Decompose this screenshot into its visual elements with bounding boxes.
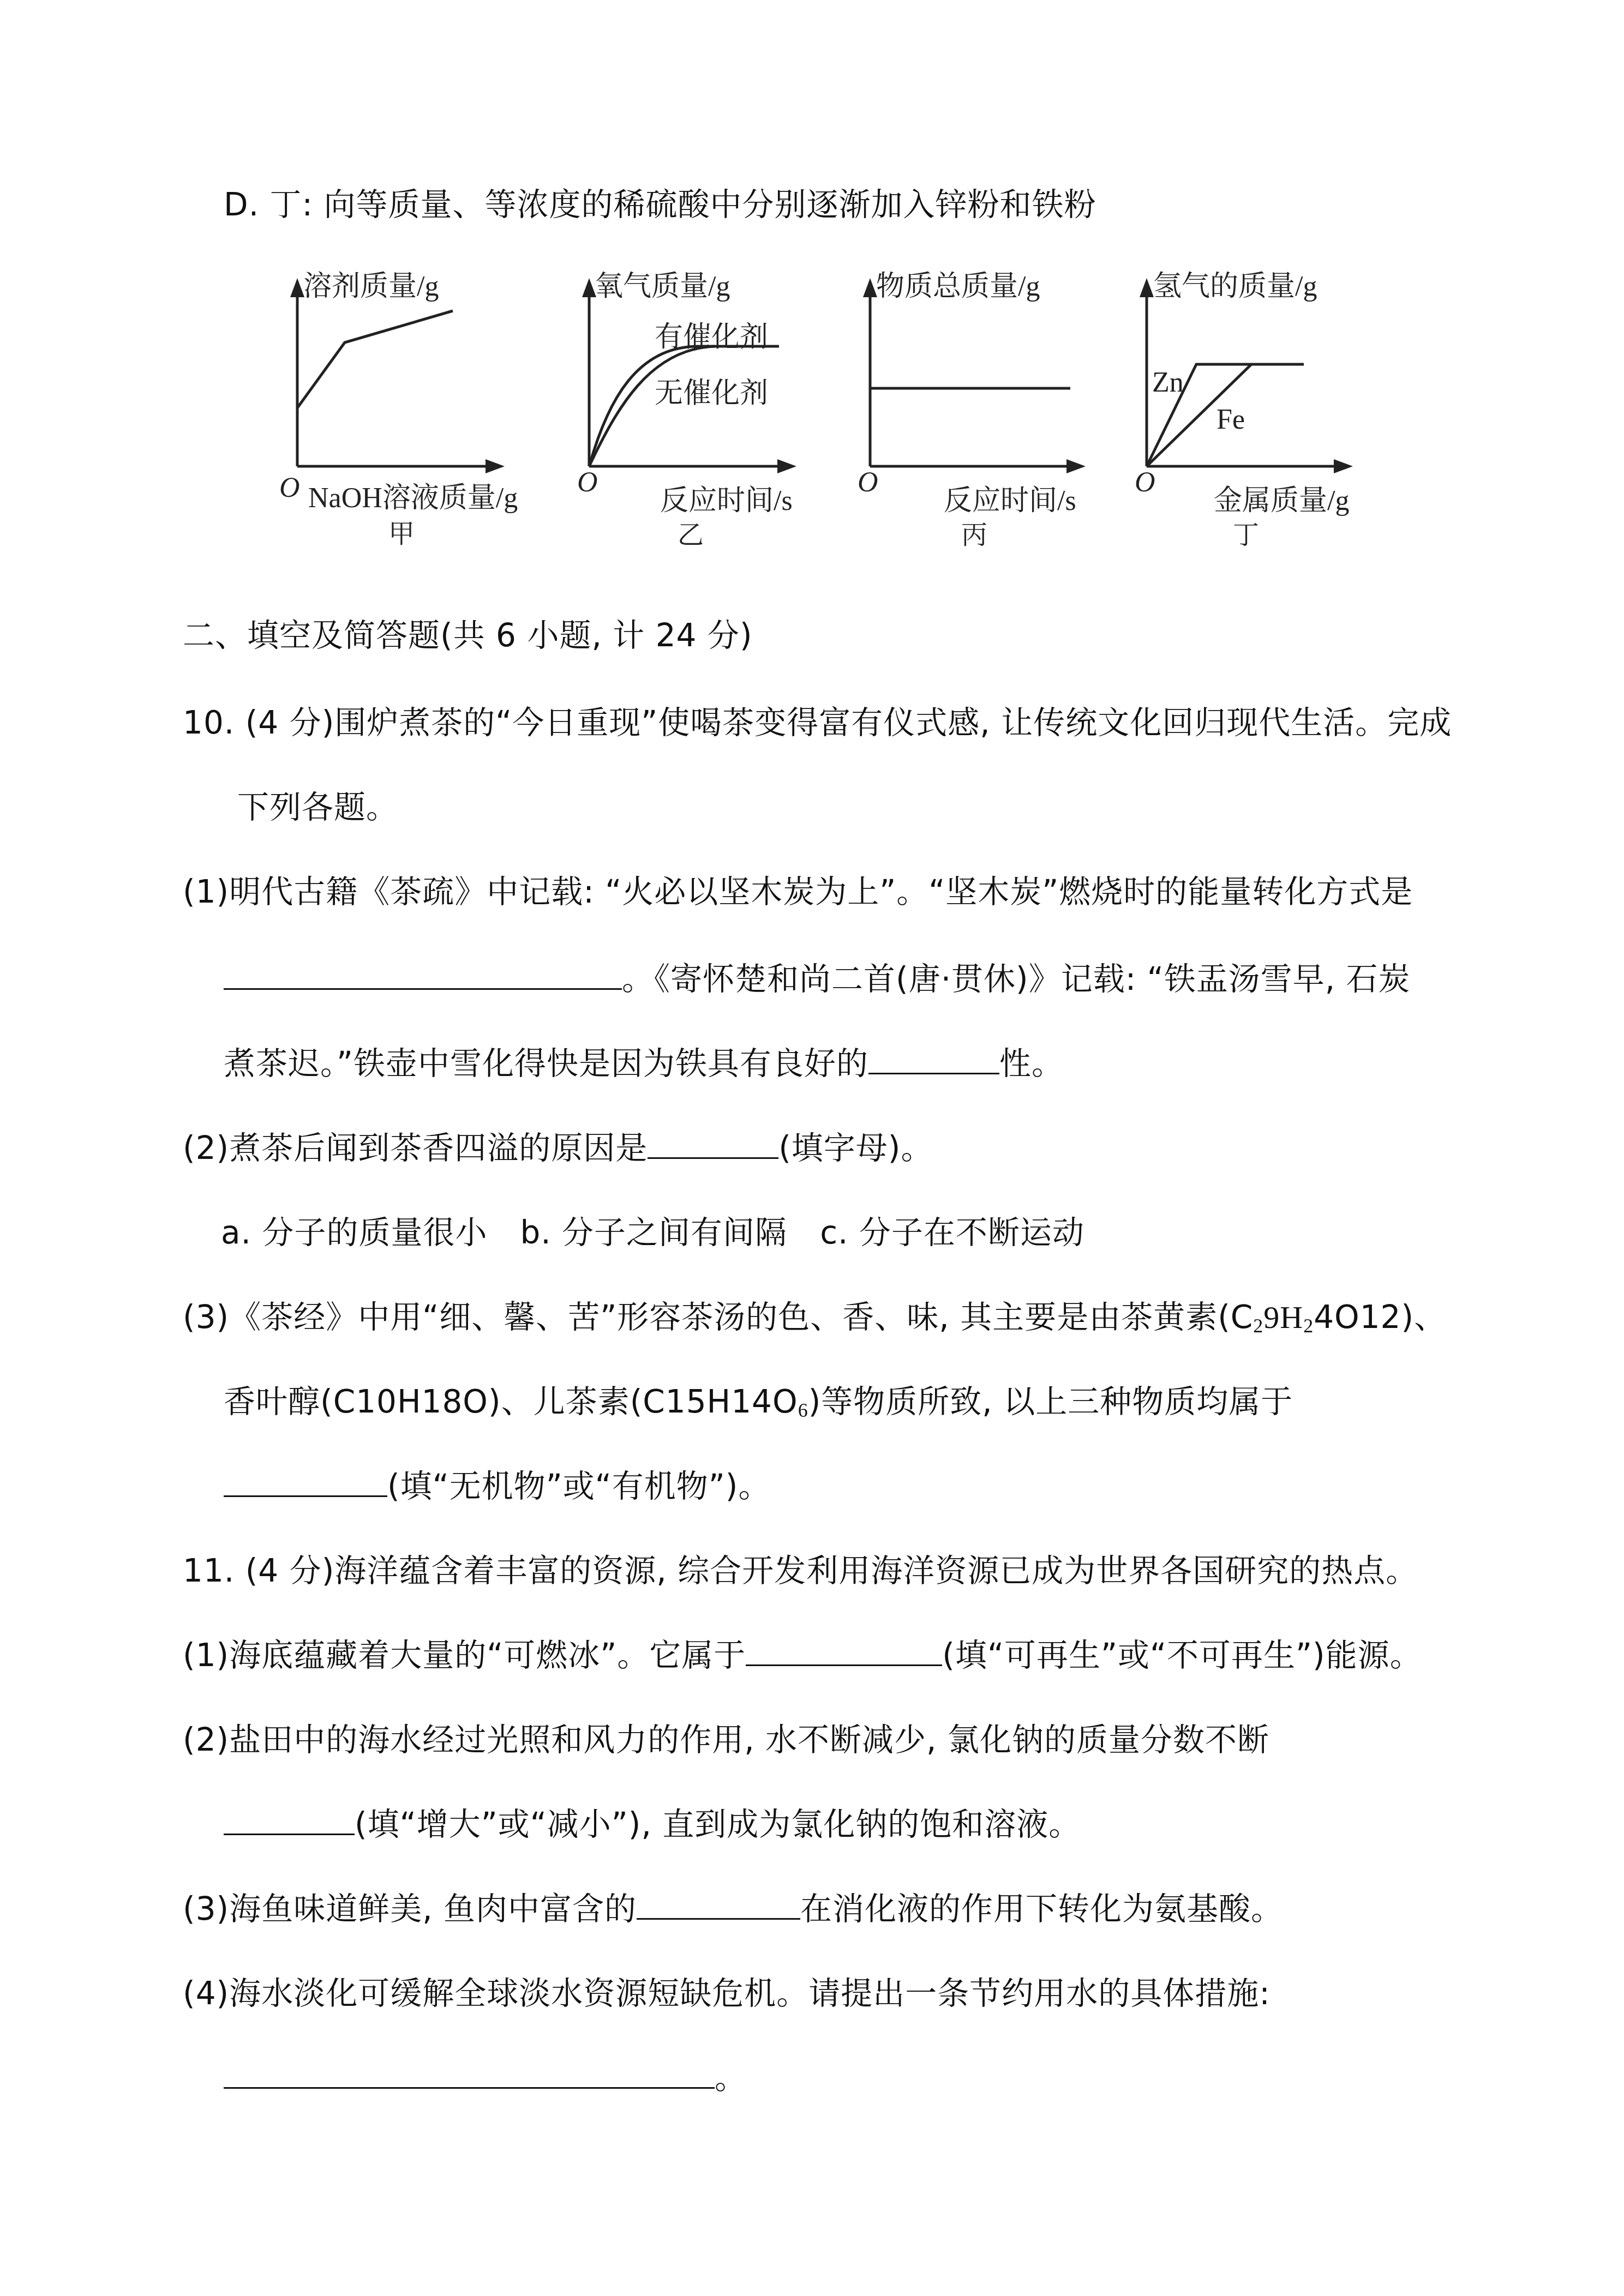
chart-yi-caption: 乙 <box>678 514 704 551</box>
q10-part1-line3-text: 煮茶迟。”铁壶中雪化得快是因为铁具有良好的 <box>224 1045 868 1082</box>
formula-end: 4O12)、 <box>1314 1299 1446 1336</box>
section-heading: 二、填空及简答题(共 6 小题, 计 24 分) <box>183 616 753 654</box>
q10-part3-line2-end: )等物质所致, 以上三种物质均属于 <box>808 1383 1293 1420</box>
answer-blank-energy[interactable] <box>224 960 622 990</box>
q10-part2: (2)煮茶后闻到茶香四溢的原因是(填字母)。 <box>183 1129 933 1167</box>
chart-row: 溶剂质量/g O NaOH溶液质量/g 甲 氧气质量/g 有催化剂 无催化剂 O… <box>262 245 1462 584</box>
chart-jia-caption: 甲 <box>388 513 415 550</box>
chart-bing-ylabel: 物质总质量/g <box>876 263 1040 304</box>
chart-ding-origin: O <box>1135 466 1155 498</box>
chart-yi-origin: O <box>577 466 598 498</box>
chart-bing: 物质总质量/g O 反应时间/s 丙 <box>840 245 1146 584</box>
q10-part3-line2-text: 香叶醇(C10H18O)、儿茶素(C15H14O <box>224 1383 798 1420</box>
chart-ding-xlabel: 金属质量/g <box>1214 477 1349 518</box>
chart-ding-label-zn: Zn <box>1152 366 1184 399</box>
q11-part2-line2: (填“增大”或“减小”), 直到成为氯化钠的饱和溶液。 <box>224 1805 1081 1843</box>
formula-part: 9H <box>1263 1300 1303 1335</box>
q11-part4-line2-end: 。 <box>715 2059 747 2096</box>
chart-yi-xlabel: 反应时间/s <box>660 477 793 518</box>
answer-blank-nutrient[interactable] <box>637 1890 800 1920</box>
q10-part3-line1-text: (3)《茶经》中用“细、馨、苦”形容茶汤的色、香、味, 其主要是由茶黄素(C <box>183 1299 1253 1336</box>
chart-jia-origin: O <box>279 472 300 504</box>
chart-jia: 溶剂质量/g O NaOH溶液质量/g 甲 <box>262 245 567 584</box>
chart-yi-label-catalyst: 有催化剂 <box>655 314 768 354</box>
chart-bing-origin: O <box>858 466 878 498</box>
chart-jia-ylabel: 溶剂质量/g <box>303 263 439 304</box>
q11-part4-line2: 。 <box>224 2059 747 2097</box>
chart-ding-label-fe: Fe <box>1216 404 1245 436</box>
q11-part3: (3)海鱼味道鲜美, 鱼肉中富含的在消化液的作用下转化为氨基酸。 <box>183 1890 1283 1928</box>
answer-blank-conductivity[interactable] <box>868 1044 999 1074</box>
chart-ding-ylabel: 氢气的质量/g <box>1153 263 1317 304</box>
q11-part2-line1: (2)盐田中的海水经过光照和风力的作用, 水不断减少, 氯化钠的质量分数不断 <box>183 1721 1269 1759</box>
answer-blank-organic[interactable] <box>224 1467 387 1497</box>
q11-stem: 11. (4 分)海洋蕴含着丰富的资源, 综合开发利用海洋资源已成为世界各国研究… <box>183 1552 1418 1590</box>
q11-part1-text: (1)海底蕴藏着大量的“可燃冰”。它属于 <box>183 1637 746 1674</box>
q10-part2-options: a. 分子的质量很小b. 分子之间有间隔c. 分子在不断运动 <box>221 1213 1084 1252</box>
answer-blank-water-saving[interactable] <box>224 2059 715 2089</box>
q10-part1-line1: (1)明代古籍《茶疏》中记载: “火必以坚木炭为上”。“坚木炭”燃烧时的能量转化… <box>183 873 1413 911</box>
subscript: 2 <box>1253 1315 1263 1337</box>
chart-bing-caption: 丙 <box>961 514 987 551</box>
option-d-text: D. 丁: 向等质量、等浓度的稀硫酸中分别逐渐加入锌粉和铁粉 <box>224 185 1096 224</box>
q10-part3-line3: (填“无机物”或“有机物”)。 <box>224 1467 770 1505</box>
subscript: 2 <box>1303 1315 1314 1337</box>
chart-bing-xlabel: 反应时间/s <box>944 477 1076 518</box>
option-a: a. 分子的质量很小 <box>221 1214 487 1251</box>
chart-jia-xlabel: NaOH溶液质量/g <box>308 474 518 515</box>
q10-part3-line3-text: (填“无机物”或“有机物”)。 <box>387 1468 770 1505</box>
q11-part2-line2-text: (填“增大”或“减小”), 直到成为氯化钠的饱和溶液。 <box>355 1806 1081 1843</box>
q10-stem-line1: 10. (4 分)围炉煮茶的“今日重现”使喝茶变得富有仪式感, 让传统文化回归现… <box>183 704 1452 742</box>
q10-part1-line2-text: 。《寄怀楚和尚二首(唐·贯休)》记载: “铁盂汤雪早, 石炭 <box>622 960 1411 997</box>
q10-part1-line2: 。《寄怀楚和尚二首(唐·贯休)》记载: “铁盂汤雪早, 石炭 <box>224 960 1411 998</box>
q10-part2-end: (填字母)。 <box>778 1129 933 1167</box>
chart-yi-ylabel: 氧气质量/g <box>595 263 730 304</box>
q11-part3-text: (3)海鱼味道鲜美, 鱼肉中富含的 <box>183 1890 637 1927</box>
answer-blank-letter[interactable] <box>648 1129 778 1159</box>
chart-ding-caption: 丁 <box>1233 514 1259 551</box>
chart-yi-label-no-catalyst: 无催化剂 <box>655 370 768 411</box>
q11-part1-end: (填“可再生”或“不可再生”)能源。 <box>942 1637 1422 1674</box>
q11-part4-line1: (4)海水淡化可缓解全球淡水资源短缺危机。请提出一条节约用水的具体措施: <box>183 1974 1271 2012</box>
q10-part3-line1: (3)《茶经》中用“细、馨、苦”形容茶汤的色、香、味, 其主要是由茶黄素(C29… <box>183 1298 1446 1345</box>
q10-part2-text: (2)煮茶后闻到茶香四溢的原因是 <box>183 1129 648 1167</box>
q10-part3-line2: 香叶醇(C10H18O)、儿茶素(C15H14O6)等物质所致, 以上三种物质均… <box>224 1383 1293 1429</box>
answer-blank-increase[interactable] <box>224 1805 355 1835</box>
q10-part1-line3-end: 性。 <box>999 1045 1064 1082</box>
q11-part3-end: 在消化液的作用下转化为氨基酸。 <box>800 1890 1283 1927</box>
chart-ding: 氢气的质量/g Zn Fe O 金属质量/g 丁 <box>1124 245 1462 584</box>
subscript: 6 <box>798 1399 808 1421</box>
answer-blank-renewable[interactable] <box>746 1636 942 1666</box>
chart-yi: 氧气质量/g 有催化剂 无催化剂 O 反应时间/s 乙 <box>556 245 862 584</box>
option-b: b. 分子之间有间隔 <box>520 1214 787 1251</box>
q10-stem-line2: 下列各题。 <box>237 788 398 826</box>
option-c: c. 分子在不断运动 <box>820 1214 1084 1251</box>
q11-part1: (1)海底蕴藏着大量的“可燃冰”。它属于(填“可再生”或“不可再生”)能源。 <box>183 1636 1422 1674</box>
q10-part1-line3: 煮茶迟。”铁壶中雪化得快是因为铁具有良好的性。 <box>224 1044 1064 1083</box>
